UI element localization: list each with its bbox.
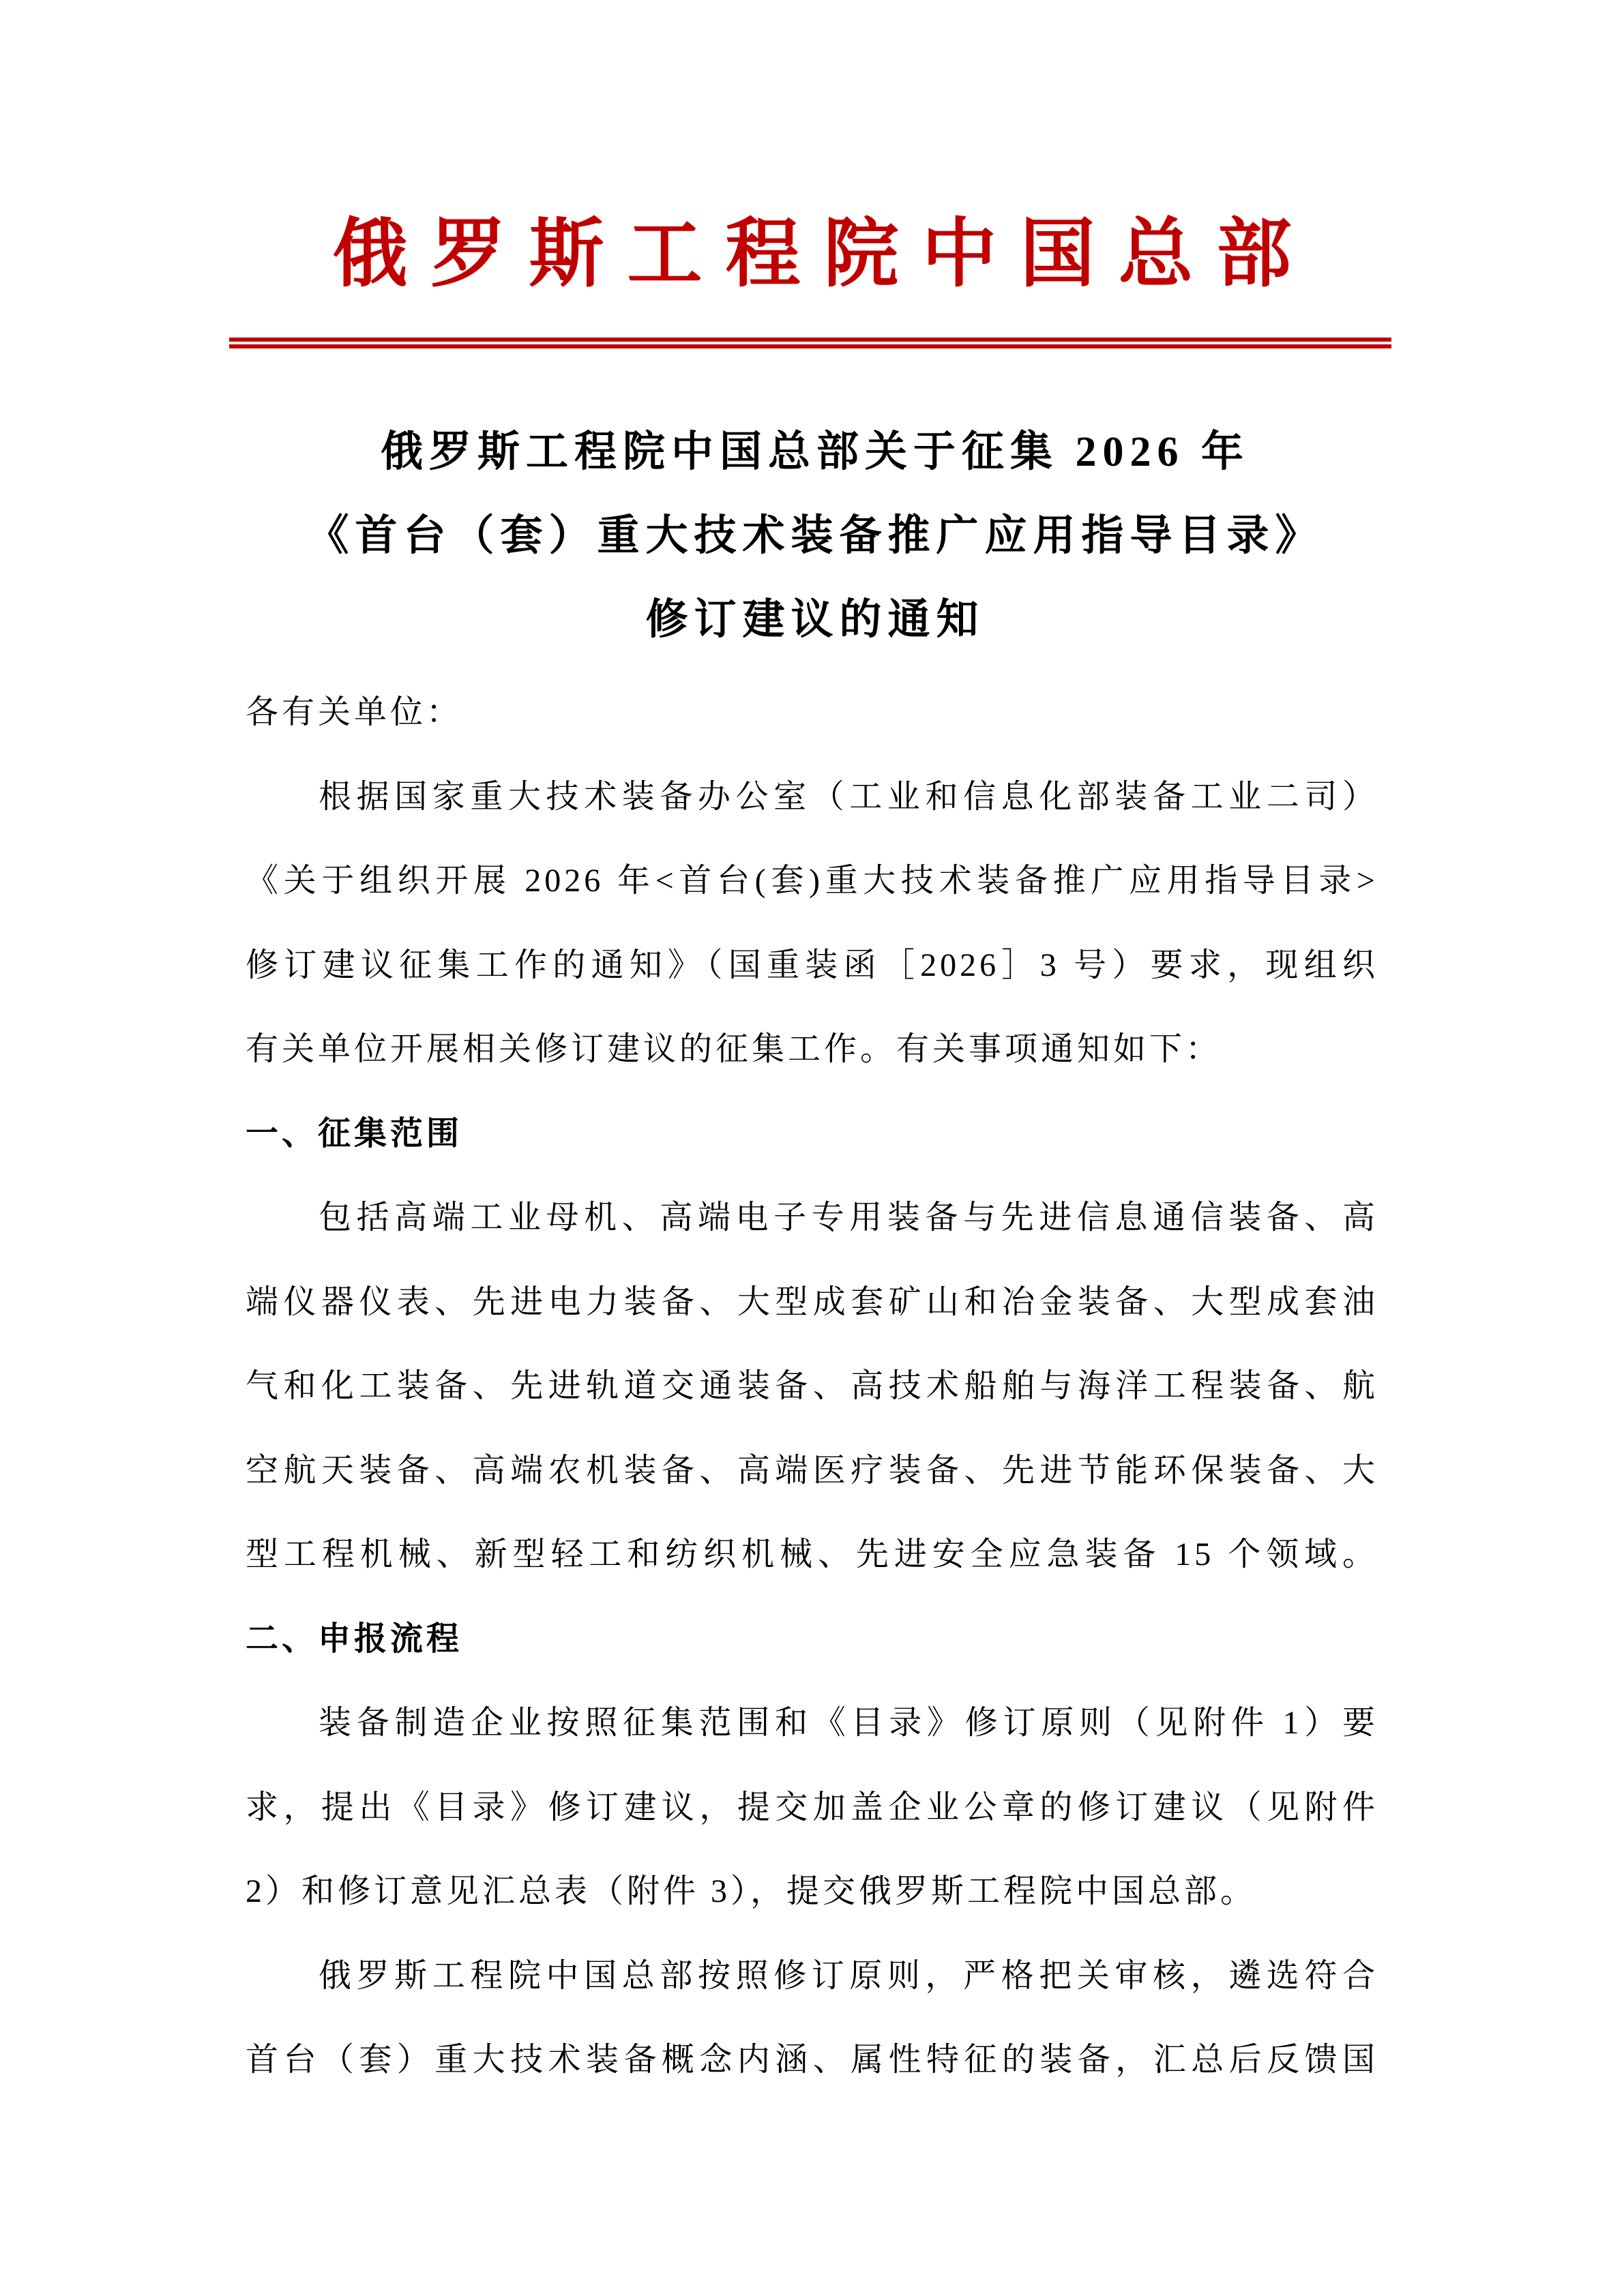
paragraph-line: 有关单位开展相关修订建议的征集工作。有关事项通知如下： — [246, 1007, 1378, 1092]
paragraph-line: 装备制造企业按照征集范围和《目录》修订原则（见附件 1）要 — [246, 1681, 1378, 1765]
paragraph-line: 型工程机械、新型轻工和纺织机械、先进安全应急装备 15 个领域。 — [246, 1512, 1378, 1597]
org-name-header: 俄罗斯工程院中国总部 — [0, 211, 1624, 297]
paragraph-line: 《关于组织开展 2026 年<首台(套)重大技术装备推广应用指导目录> — [246, 839, 1378, 923]
paragraph-line: 空航天装备、高端农机装备、高端医疗装备、先进节能环保装备、大 — [246, 1429, 1378, 1513]
paragraph-line: 端仪器仪表、先进电力装备、大型成套矿山和冶金装备、大型成套油 — [246, 1260, 1378, 1345]
document-title: 俄罗斯工程院中国总部关于征集 2026 年 《首台（套）重大技术装备推广应用指导… — [246, 411, 1378, 662]
paragraph-line: 2）和修订意见汇总表（附件 3），提交俄罗斯工程院中国总部。 — [246, 1849, 1378, 1934]
doc-title-line-2: 《首台（套）重大技术装备推广应用指导目录》 — [246, 494, 1378, 578]
paragraph-line: 气和化工装备、先进轨道交通装备、高技术船舶与海洋工程装备、航 — [246, 1344, 1378, 1429]
divider-bottom-bar — [229, 344, 1391, 348]
document-body: 各有关单位： 根据国家重大技术装备办公室（工业和信息化部装备工业二司） 《关于组… — [246, 670, 1378, 2102]
section-heading-collection-scope: 一、征集范围 — [246, 1092, 1378, 1176]
paragraph-line: 包括高端工业母机、高端电子专用装备与先进信息通信装备、高 — [246, 1176, 1378, 1260]
section-heading-application-process: 二、申报流程 — [246, 1597, 1378, 1682]
document-page: 俄罗斯工程院中国总部 俄罗斯工程院中国总部关于征集 2026 年 《首台（套）重… — [0, 0, 1624, 2296]
header-divider — [229, 338, 1391, 348]
paragraph-line: 根据国家重大技术装备办公室（工业和信息化部装备工业二司） — [246, 755, 1378, 839]
doc-title-line-1: 俄罗斯工程院中国总部关于征集 2026 年 — [246, 411, 1378, 494]
paragraph-line: 求，提出《目录》修订建议，提交加盖企业公章的修订建议（见附件 — [246, 1765, 1378, 1850]
paragraph-line: 俄罗斯工程院中国总部按照修订原则，严格把关审核，遴选符合 — [246, 1934, 1378, 2018]
doc-title-line-3: 修订建议的通知 — [246, 578, 1378, 662]
salutation: 各有关单位： — [246, 670, 1378, 755]
paragraph-line: 首台（套）重大技术装备概念内涵、属性特征的装备，汇总后反馈国 — [246, 2018, 1378, 2102]
paragraph-line: 修订建议征集工作的通知》（国重装函［2026］3 号）要求，现组织 — [246, 923, 1378, 1008]
